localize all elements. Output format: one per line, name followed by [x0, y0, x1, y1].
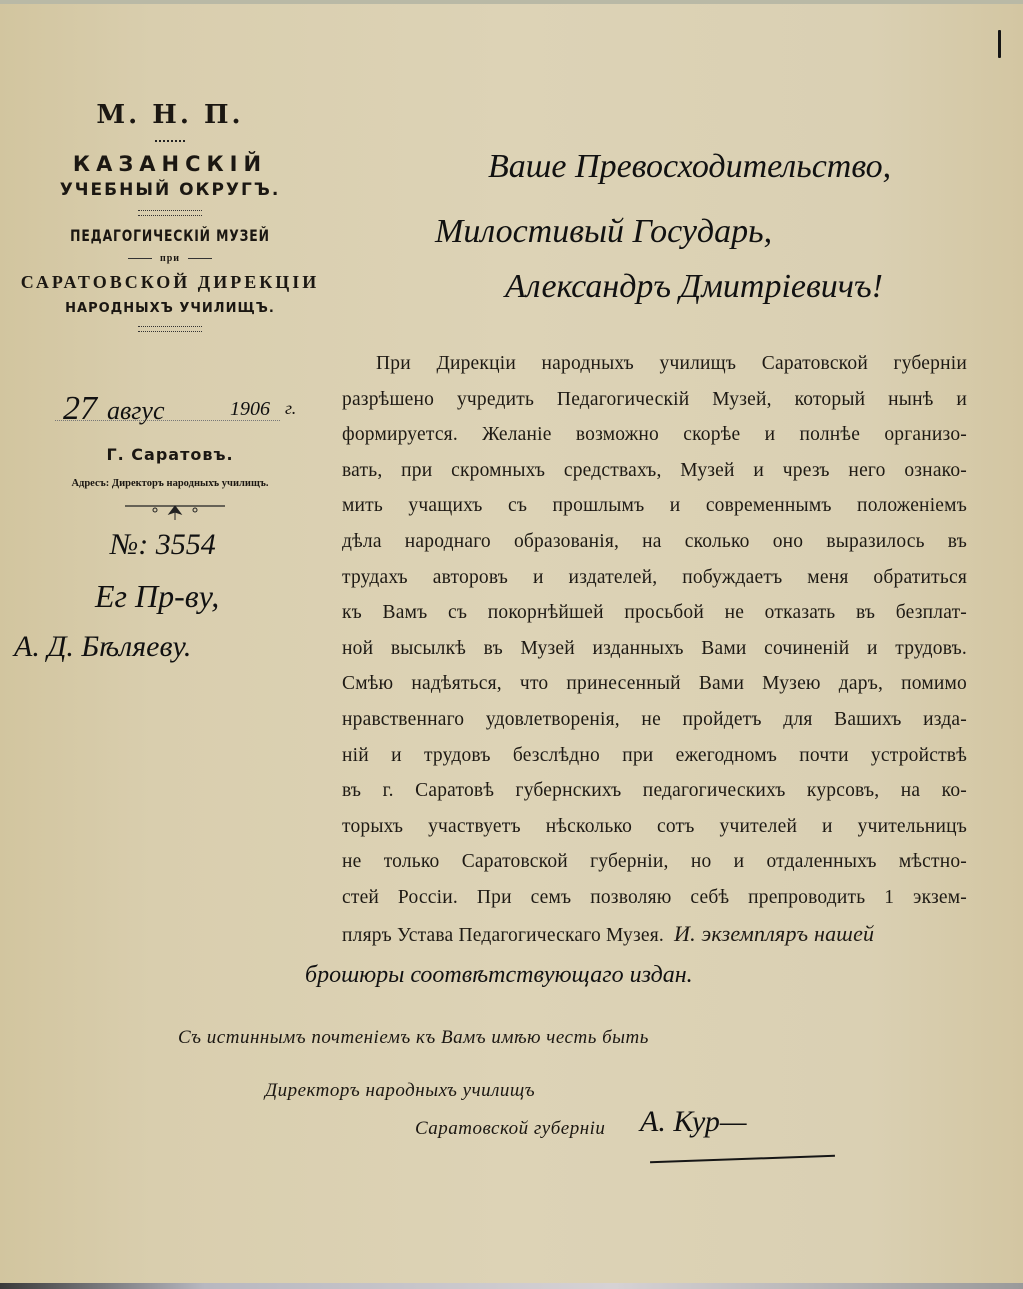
body-line: трудахъ авторовъ и издателей, побуждаетъ… [342, 560, 967, 596]
flourish-ornament-icon [125, 502, 225, 522]
date-year: 1906 [230, 398, 270, 421]
signature-underline [650, 1155, 835, 1163]
salutation-line1: Ваше Превосходительство, [488, 148, 891, 186]
letter-page: М. Н. П. КАЗАНСКІЙ УЧЕБНЫЙ ОКРУГЪ. ПЕДАГ… [0, 0, 1023, 1289]
addressee-line2: А. Д. Бѣляеву. [14, 630, 191, 664]
body-line: При Дирекціи народныхъ училищъ Саратовск… [342, 346, 967, 382]
letter-body: При Дирекціи народныхъ училищъ Саратовск… [342, 346, 967, 951]
salutation-line2: Милостивый Государь, [435, 213, 772, 251]
schools-name: НАРОДНЫХЪ УЧИЛИЩЪ. [20, 301, 320, 316]
body-line: не только Саратовской губерніи, но и отд… [342, 844, 967, 880]
body-line: формируется. Желаніе возможно скорѣе и п… [342, 417, 967, 453]
body-line: къ Вамъ съ покорнѣйшей просьбой не отказ… [342, 595, 967, 631]
district-line2: УЧЕБНЫЙ ОКРУГЪ. [20, 180, 320, 200]
body-line: ной высылкѣ въ Музей изданныхъ Вами сочи… [342, 631, 967, 667]
handwritten-note-part1: И. экземпляръ нашей [674, 921, 874, 946]
date-year-suffix: г. [285, 398, 296, 419]
body-line: ній и трудовъ безслѣдно при ежегодномъ п… [342, 738, 967, 774]
letterhead: М. Н. П. КАЗАНСКІЙ УЧЕБНЫЙ ОКРУГЪ. ПЕДАГ… [20, 100, 320, 342]
return-address: Адресъ: Директоръ народныхъ училищъ. [20, 478, 320, 489]
institution-name: ПЕДАГОГИЧЕСКІЙ МУЗЕЙ [41, 226, 299, 245]
body-line-last: пляръ Устава Педагогическаго Музея.И. эк… [342, 916, 967, 952]
closing-line2: Директоръ народныхъ училищъ [265, 1080, 535, 1102]
body-line: Смѣю надѣяться, что принесенный Вами Муз… [342, 666, 967, 702]
addressee-line1: Ег Пр-ву, [95, 578, 219, 615]
page-number-mark [998, 30, 1001, 58]
body-line: разрѣшено учредить Педагогическій Музей,… [342, 382, 967, 418]
closing-line1: Съ истиннымъ почтеніемъ къ Вамъ имѣю чес… [178, 1027, 649, 1049]
ministry-abbrev: М. Н. П. [20, 100, 320, 130]
body-line: мить учащихъ съ прошлымъ и современнымъ … [342, 488, 967, 524]
divider [155, 140, 185, 144]
date-field: 27 авгус 1906 г. [55, 390, 320, 434]
connector-text: при [20, 253, 320, 264]
date-day: 27 [63, 390, 97, 428]
closing-line3: Саратовской губерніи [415, 1118, 605, 1140]
salutation-line3: Александръ Дмитріевичъ! [505, 268, 883, 306]
directorate-name: САРАТОВСКОЙ ДИРЕКЦІИ [20, 272, 320, 293]
body-line: торыхъ участвуетъ нѣсколько сотъ учителе… [342, 809, 967, 845]
body-line: стей Россіи. При семъ позволяю себѣ преп… [342, 880, 967, 916]
date-month: авгус [107, 396, 165, 426]
reference-number: №: 3554 [110, 528, 216, 562]
district-line1: КАЗАНСКІЙ [20, 152, 320, 176]
handwritten-note-part2: брошюры соотвѣтствующаго издан. [305, 962, 693, 989]
body-line: вать, при скромныхъ средствахъ, Музей и … [342, 453, 967, 489]
ornament-divider [138, 210, 202, 216]
body-line: нравственнаго удовлетворенія, не пройдет… [342, 702, 967, 738]
body-line-text: пляръ Устава Педагогическаго Музея. [342, 925, 664, 946]
body-line: въ г. Саратовѣ губернскихъ педагогически… [342, 773, 967, 809]
ornament-divider [138, 326, 202, 332]
signature: А. Кур— [640, 1105, 747, 1139]
city: Г. Саратовъ. [20, 445, 320, 464]
body-line: дѣла народнаго образованія, на сколько о… [342, 524, 967, 560]
